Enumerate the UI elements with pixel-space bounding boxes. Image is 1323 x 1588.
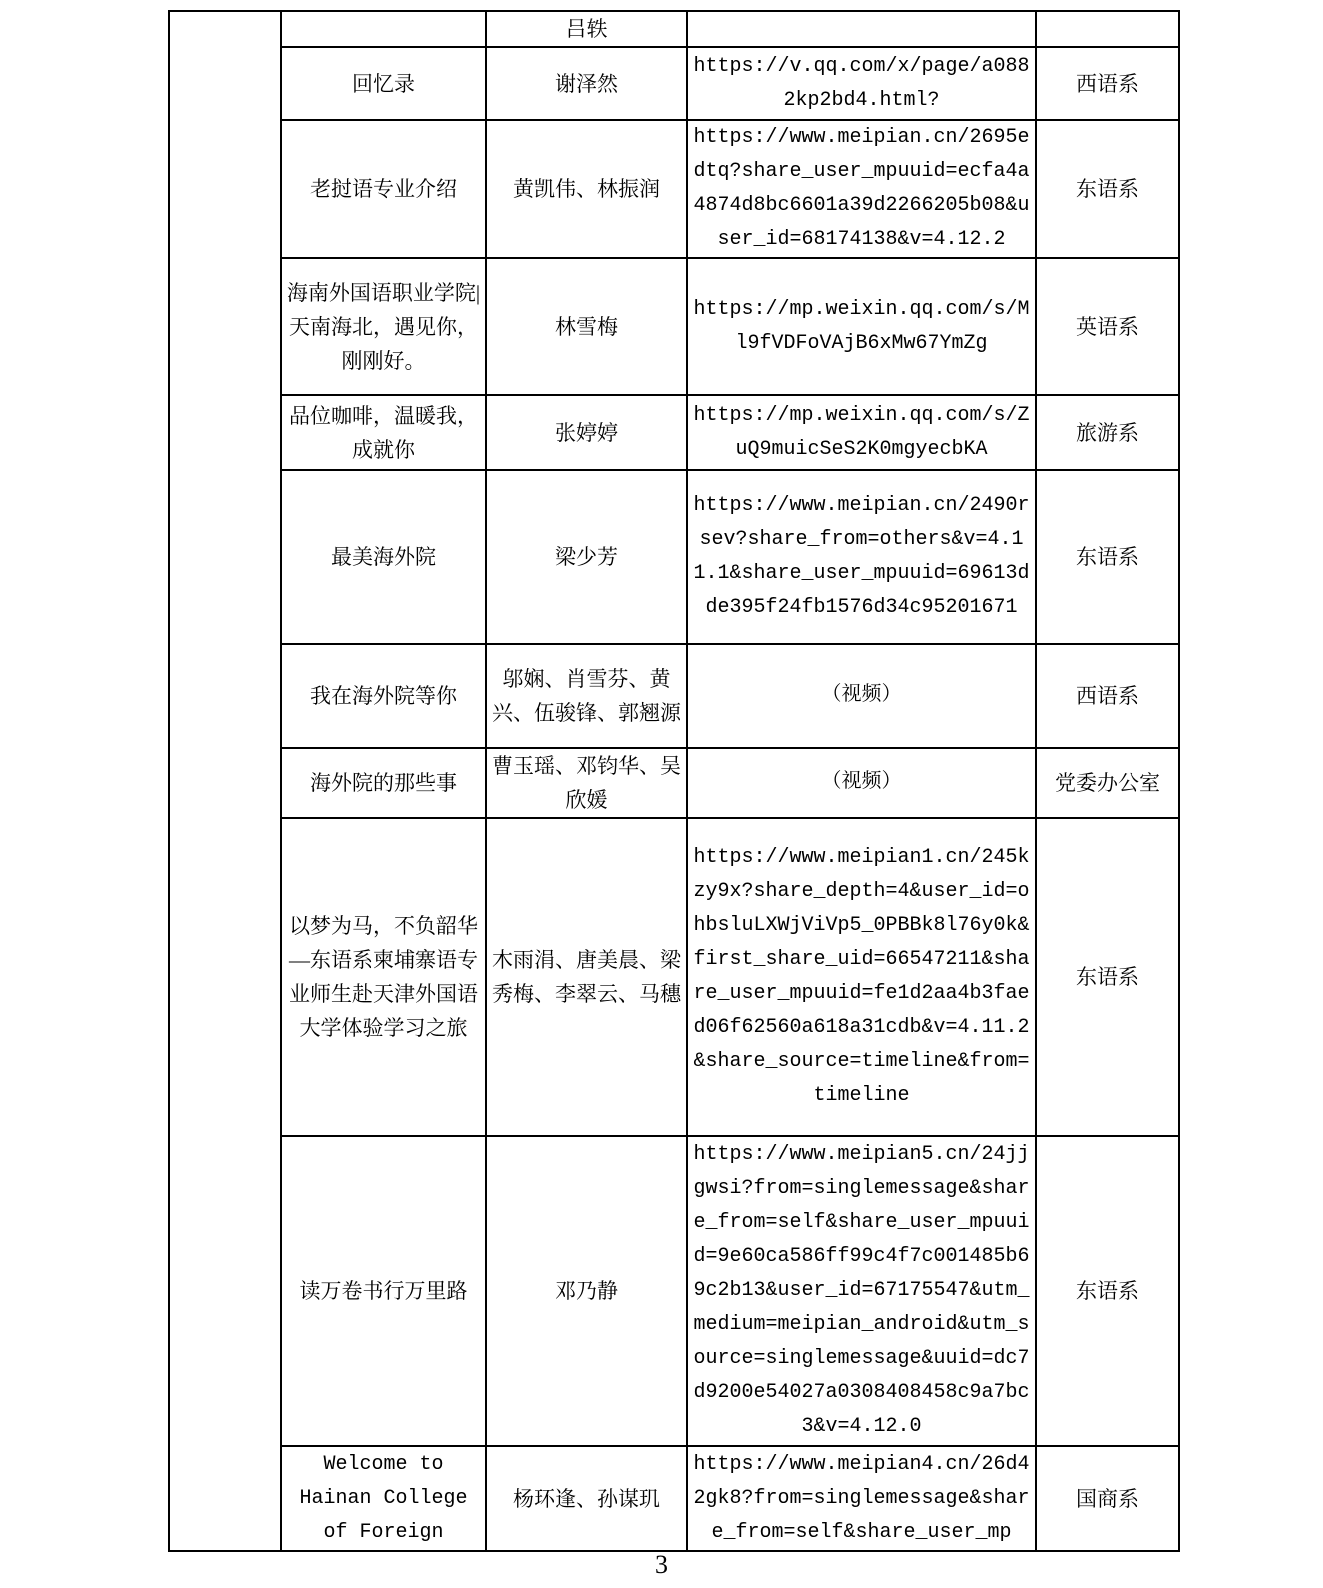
department-cell: 西语系 xyxy=(1036,47,1179,120)
url-cell: https://v.qq.com/x/page/a0882kp2bd4.html… xyxy=(687,47,1036,120)
authors-cell: 杨环逢、孙谋玑 xyxy=(486,1446,687,1551)
department-cell: 国商系 xyxy=(1036,1446,1179,1551)
title-cell: 读万卷书行万里路 xyxy=(281,1136,486,1446)
title-cell: 海南外国语职业学院|天南海北，遇见你，刚刚好。 xyxy=(281,258,486,395)
page-number: 3 xyxy=(0,1549,1323,1581)
table-row: 以梦为马，不负韶华—东语系柬埔寨语专业师生赴天津外国语大学体验学习之旅 木雨涓、… xyxy=(169,818,1179,1136)
authors-cell: 梁少芳 xyxy=(486,470,687,644)
authors-cell: 谢泽然 xyxy=(486,47,687,120)
table-row: Welcome to Hainan College of Foreign 杨环逢… xyxy=(169,1446,1179,1551)
url-cell: https://mp.weixin.qq.com/s/Ml9fVDFoVAjB6… xyxy=(687,258,1036,395)
title-cell: 品位咖啡，温暖我，成就你 xyxy=(281,395,486,470)
authors-cell: 邓乃静 xyxy=(486,1136,687,1446)
authors-cell: 吕轶 xyxy=(486,11,687,47)
department-cell: 党委办公室 xyxy=(1036,748,1179,818)
url-cell: https://www.meipian5.cn/24jjgwsi?from=si… xyxy=(687,1136,1036,1446)
department-cell: 东语系 xyxy=(1036,818,1179,1136)
department-cell: 东语系 xyxy=(1036,1136,1179,1446)
title-cell xyxy=(281,11,486,47)
authors-cell: 邬娴、肖雪芬、黄兴、伍骏锋、郭翘源 xyxy=(486,644,687,748)
url-cell: （视频） xyxy=(687,644,1036,748)
results-table: 吕轶 回忆录 谢泽然 https://v.qq.com/x/page/a0882… xyxy=(168,10,1180,1552)
title-cell: 最美海外院 xyxy=(281,470,486,644)
title-cell: 老挝语专业介绍 xyxy=(281,120,486,258)
url-cell: https://www.meipian4.cn/26d42gk8?from=si… xyxy=(687,1446,1036,1551)
title-cell: Welcome to Hainan College of Foreign xyxy=(281,1446,486,1551)
table-row: 最美海外院 梁少芳 https://www.meipian.cn/2490rse… xyxy=(169,470,1179,644)
department-cell xyxy=(1036,11,1179,47)
table-row: 吕轶 xyxy=(169,11,1179,47)
title-cell: 海外院的那些事 xyxy=(281,748,486,818)
table-row: 回忆录 谢泽然 https://v.qq.com/x/page/a0882kp2… xyxy=(169,47,1179,120)
authors-cell: 曹玉瑶、邓钧华、吴欣媛 xyxy=(486,748,687,818)
department-cell: 东语系 xyxy=(1036,470,1179,644)
authors-cell: 张婷婷 xyxy=(486,395,687,470)
url-cell xyxy=(687,11,1036,47)
url-cell: https://www.meipian1.cn/245kzy9x?share_d… xyxy=(687,818,1036,1136)
department-cell: 旅游系 xyxy=(1036,395,1179,470)
table-row: 我在海外院等你 邬娴、肖雪芬、黄兴、伍骏锋、郭翘源 （视频） 西语系 xyxy=(169,644,1179,748)
authors-cell: 黄凯伟、林振润 xyxy=(486,120,687,258)
url-cell: https://www.meipian.cn/2695edtq?share_us… xyxy=(687,120,1036,258)
authors-cell: 林雪梅 xyxy=(486,258,687,395)
table-row: 海南外国语职业学院|天南海北，遇见你，刚刚好。 林雪梅 https://mp.w… xyxy=(169,258,1179,395)
category-merged-cell xyxy=(169,11,281,1551)
url-cell: （视频） xyxy=(687,748,1036,818)
title-cell: 以梦为马，不负韶华—东语系柬埔寨语专业师生赴天津外国语大学体验学习之旅 xyxy=(281,818,486,1136)
table-row: 海外院的那些事 曹玉瑶、邓钧华、吴欣媛 （视频） 党委办公室 xyxy=(169,748,1179,818)
title-cell: 我在海外院等你 xyxy=(281,644,486,748)
authors-cell: 木雨涓、唐美晨、梁秀梅、李翠云、马穗 xyxy=(486,818,687,1136)
department-cell: 英语系 xyxy=(1036,258,1179,395)
url-cell: https://www.meipian.cn/2490rsev?share_fr… xyxy=(687,470,1036,644)
department-cell: 东语系 xyxy=(1036,120,1179,258)
title-cell: 回忆录 xyxy=(281,47,486,120)
url-cell: https://mp.weixin.qq.com/s/ZuQ9muicSeS2K… xyxy=(687,395,1036,470)
table-row: 读万卷书行万里路 邓乃静 https://www.meipian5.cn/24j… xyxy=(169,1136,1179,1446)
table-row: 品位咖啡，温暖我，成就你 张婷婷 https://mp.weixin.qq.co… xyxy=(169,395,1179,470)
department-cell: 西语系 xyxy=(1036,644,1179,748)
table-row: 老挝语专业介绍 黄凯伟、林振润 https://www.meipian.cn/2… xyxy=(169,120,1179,258)
